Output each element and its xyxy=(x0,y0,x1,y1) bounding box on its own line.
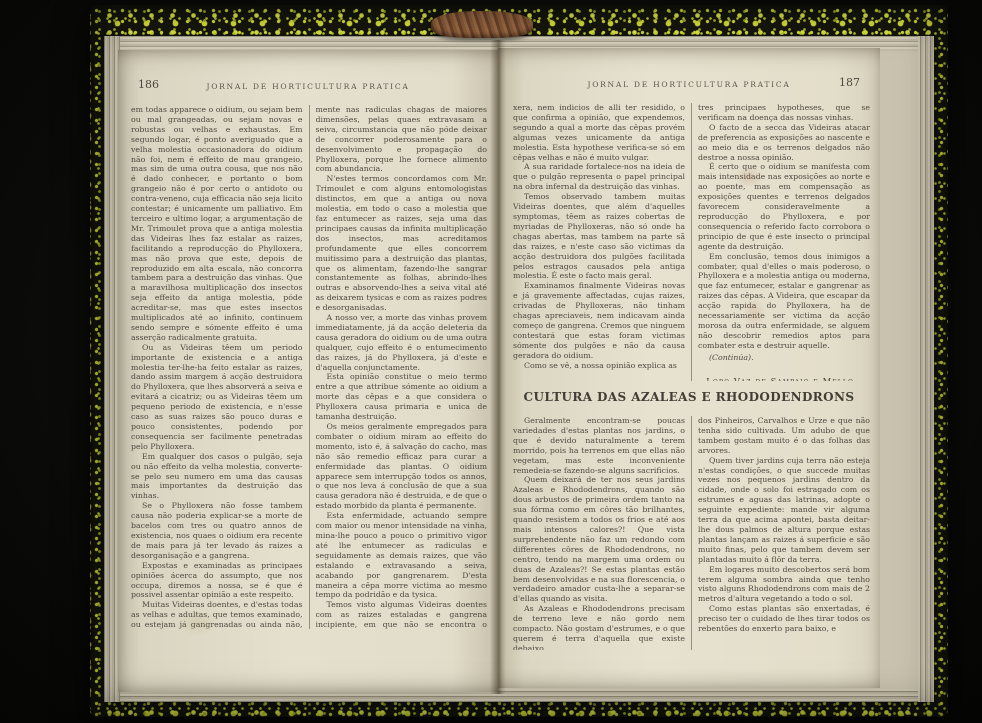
cover-vignette xyxy=(90,5,948,717)
book-scan: 186 JORNAL DE HORTICULTURA PRATICA em to… xyxy=(0,0,982,723)
